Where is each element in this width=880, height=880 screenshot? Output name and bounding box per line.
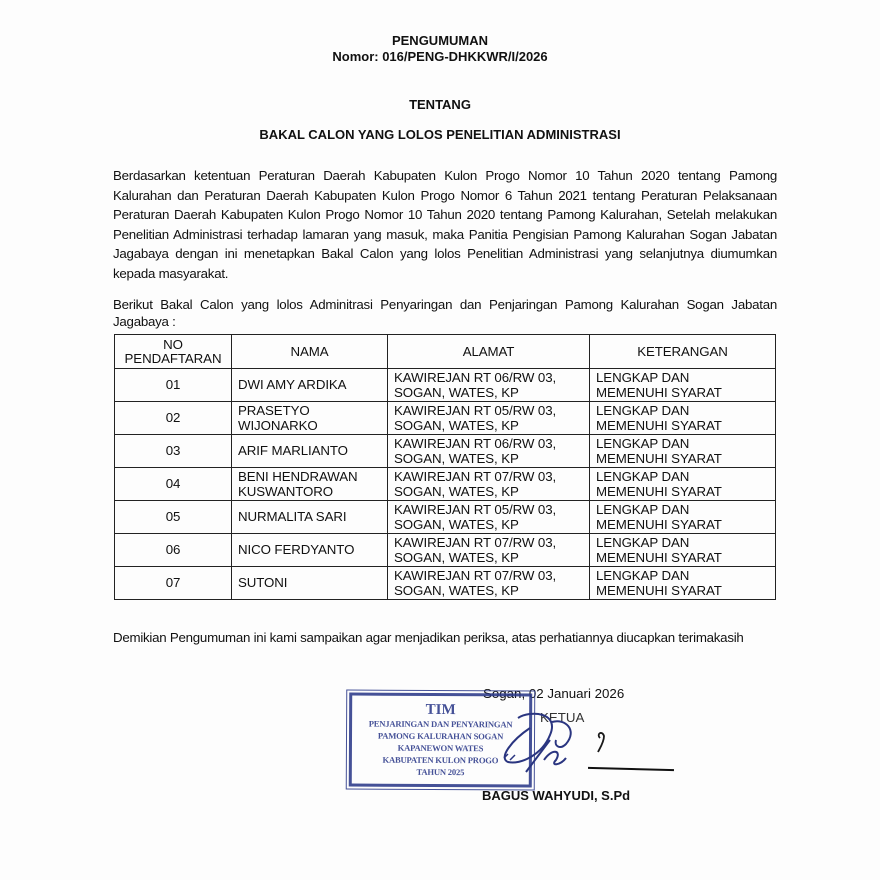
cell-nama: NURMALITA SARI — [232, 501, 388, 534]
tentang-heading: TENTANG — [0, 97, 880, 112]
cell-keterangan-line: MEMENUHI SYARAT — [596, 517, 775, 533]
cell-alamat-line: SOGAN, WATES, KP — [394, 583, 589, 599]
table-row: 02PRASETYOWIJONARKOKAWIREJAN RT 05/RW 03… — [115, 402, 776, 435]
cell-keterangan-line: MEMENUHI SYARAT — [596, 583, 775, 599]
cell-keterangan-line: LENGKAP DAN — [596, 502, 775, 518]
table-row: 07SUTONIKAWIREJAN RT 07/RW 03,SOGAN, WAT… — [115, 567, 776, 600]
document-title: PENGUMUMAN — [0, 33, 880, 49]
cell-alamat-line: KAWIREJAN RT 06/RW 03, — [394, 436, 589, 452]
table-row: 04BENI HENDRAWANKUSWANTOROKAWIREJAN RT 0… — [115, 468, 776, 501]
cell-nama: DWI AMY ARDIKA — [232, 369, 388, 402]
cell-nama: NICO FERDYANTO — [232, 534, 388, 567]
subject-heading: BAKAL CALON YANG LOLOS PENELITIAN ADMINI… — [0, 127, 880, 142]
cell-alamat-line: KAWIREJAN RT 07/RW 03, — [394, 469, 589, 485]
cell-no-pendaftaran: 01 — [115, 369, 232, 402]
candidates-table-body: 01DWI AMY ARDIKAKAWIREJAN RT 06/RW 03,SO… — [115, 369, 776, 600]
cell-keterangan-line: LENGKAP DAN — [596, 535, 775, 551]
cell-keterangan-line: LENGKAP DAN — [596, 403, 775, 419]
cell-nama-line: NICO FERDYANTO — [238, 542, 387, 558]
cell-alamat: KAWIREJAN RT 05/RW 03,SOGAN, WATES, KP — [388, 501, 590, 534]
cell-keterangan: LENGKAP DANMEMENUHI SYARAT — [590, 435, 776, 468]
closing-paragraph: Demikian Pengumuman ini kami sampaikan a… — [113, 628, 777, 648]
table-row: 01DWI AMY ARDIKAKAWIREJAN RT 06/RW 03,SO… — [115, 369, 776, 402]
cell-alamat: KAWIREJAN RT 06/RW 03,SOGAN, WATES, KP — [388, 369, 590, 402]
cell-keterangan: LENGKAP DANMEMENUHI SYARAT — [590, 402, 776, 435]
table-row: 06NICO FERDYANTOKAWIREJAN RT 07/RW 03,SO… — [115, 534, 776, 567]
cell-keterangan-line: LENGKAP DAN — [596, 370, 775, 386]
cell-no-pendaftaran: 06 — [115, 534, 232, 567]
cell-keterangan-line: MEMENUHI SYARAT — [596, 418, 775, 434]
cell-alamat: KAWIREJAN RT 06/RW 03,SOGAN, WATES, KP — [388, 435, 590, 468]
cell-keterangan-line: LENGKAP DAN — [596, 436, 775, 452]
cell-nama-line: SUTONI — [238, 575, 387, 591]
cell-alamat: KAWIREJAN RT 07/RW 03,SOGAN, WATES, KP — [388, 534, 590, 567]
candidates-table: NO PENDAFTARAN NAMA ALAMAT KETERANGAN 01… — [114, 334, 776, 600]
cell-alamat-line: KAWIREJAN RT 05/RW 03, — [394, 403, 589, 419]
cell-no-pendaftaran: 07 — [115, 567, 232, 600]
cell-alamat: KAWIREJAN RT 07/RW 03,SOGAN, WATES, KP — [388, 567, 590, 600]
announcement-page: PENGUMUMAN Nomor: 016/PENG-DHKKWR/I/2026… — [0, 0, 880, 880]
cell-keterangan: LENGKAP DANMEMENUHI SYARAT — [590, 369, 776, 402]
cell-alamat-line: SOGAN, WATES, KP — [394, 550, 589, 566]
list-intro-paragraph: Berikut Bakal Calon yang lolos Adminitra… — [113, 296, 777, 330]
cell-nama-line: PRASETYO — [238, 403, 387, 419]
cell-nama-line: BENI HENDRAWAN — [238, 469, 387, 485]
signatory-name: BAGUS WAHYUDI, S.Pd — [482, 788, 630, 803]
header-keterangan: KETERANGAN — [590, 335, 776, 369]
cell-nama-line: KUSWANTORO — [238, 484, 387, 500]
cell-nama-line: ARIF MARLIANTO — [238, 443, 387, 459]
cell-keterangan: LENGKAP DANMEMENUHI SYARAT — [590, 501, 776, 534]
cell-nama-line: NURMALITA SARI — [238, 509, 387, 525]
header-no-pendaftaran: NO PENDAFTARAN — [115, 335, 232, 369]
cell-alamat-line: SOGAN, WATES, KP — [394, 451, 589, 467]
cell-nama-line: WIJONARKO — [238, 418, 387, 434]
cell-alamat-line: KAWIREJAN RT 05/RW 03, — [394, 502, 589, 518]
header-nama: NAMA — [232, 335, 388, 369]
cell-keterangan-line: MEMENUHI SYARAT — [596, 451, 775, 467]
table-header-row: NO PENDAFTARAN NAMA ALAMAT KETERANGAN — [115, 335, 776, 369]
cell-keterangan: LENGKAP DANMEMENUHI SYARAT — [590, 567, 776, 600]
cell-no-pendaftaran: 02 — [115, 402, 232, 435]
cell-keterangan-line: LENGKAP DAN — [596, 568, 775, 584]
header-no-line1: NO — [115, 338, 231, 352]
intro-paragraph: Berdasarkan ketentuan Peraturan Daerah K… — [113, 166, 777, 284]
cell-nama-line: DWI AMY ARDIKA — [238, 377, 387, 393]
cell-alamat: KAWIREJAN RT 05/RW 03,SOGAN, WATES, KP — [388, 402, 590, 435]
header-alamat: ALAMAT — [388, 335, 590, 369]
cell-alamat-line: SOGAN, WATES, KP — [394, 517, 589, 533]
cell-keterangan-line: MEMENUHI SYARAT — [596, 550, 775, 566]
header-no-line2: PENDAFTARAN — [115, 352, 231, 366]
cell-alamat-line: KAWIREJAN RT 07/RW 03, — [394, 568, 589, 584]
cell-nama: ARIF MARLIANTO — [232, 435, 388, 468]
cell-keterangan-line: MEMENUHI SYARAT — [596, 385, 775, 401]
cell-no-pendaftaran: 03 — [115, 435, 232, 468]
table-row: 03ARIF MARLIANTOKAWIREJAN RT 06/RW 03,SO… — [115, 435, 776, 468]
cell-alamat-line: KAWIREJAN RT 07/RW 03, — [394, 535, 589, 551]
cell-no-pendaftaran: 04 — [115, 468, 232, 501]
cell-no-pendaftaran: 05 — [115, 501, 232, 534]
cell-keterangan-line: MEMENUHI SYARAT — [596, 484, 775, 500]
cell-nama: BENI HENDRAWANKUSWANTORO — [232, 468, 388, 501]
cell-keterangan: LENGKAP DANMEMENUHI SYARAT — [590, 534, 776, 567]
cell-alamat-line: KAWIREJAN RT 06/RW 03, — [394, 370, 589, 386]
cell-keterangan: LENGKAP DANMEMENUHI SYARAT — [590, 468, 776, 501]
cell-nama: SUTONI — [232, 567, 388, 600]
cell-alamat-line: SOGAN, WATES, KP — [394, 385, 589, 401]
document-number: Nomor: 016/PENG-DHKKWR/I/2026 — [0, 49, 880, 65]
cell-alamat-line: SOGAN, WATES, KP — [394, 418, 589, 434]
cell-alamat: KAWIREJAN RT 07/RW 03,SOGAN, WATES, KP — [388, 468, 590, 501]
cell-keterangan-line: LENGKAP DAN — [596, 469, 775, 485]
cell-nama: PRASETYOWIJONARKO — [232, 402, 388, 435]
cell-alamat-line: SOGAN, WATES, KP — [394, 484, 589, 500]
table-row: 05NURMALITA SARIKAWIREJAN RT 05/RW 03,SO… — [115, 501, 776, 534]
